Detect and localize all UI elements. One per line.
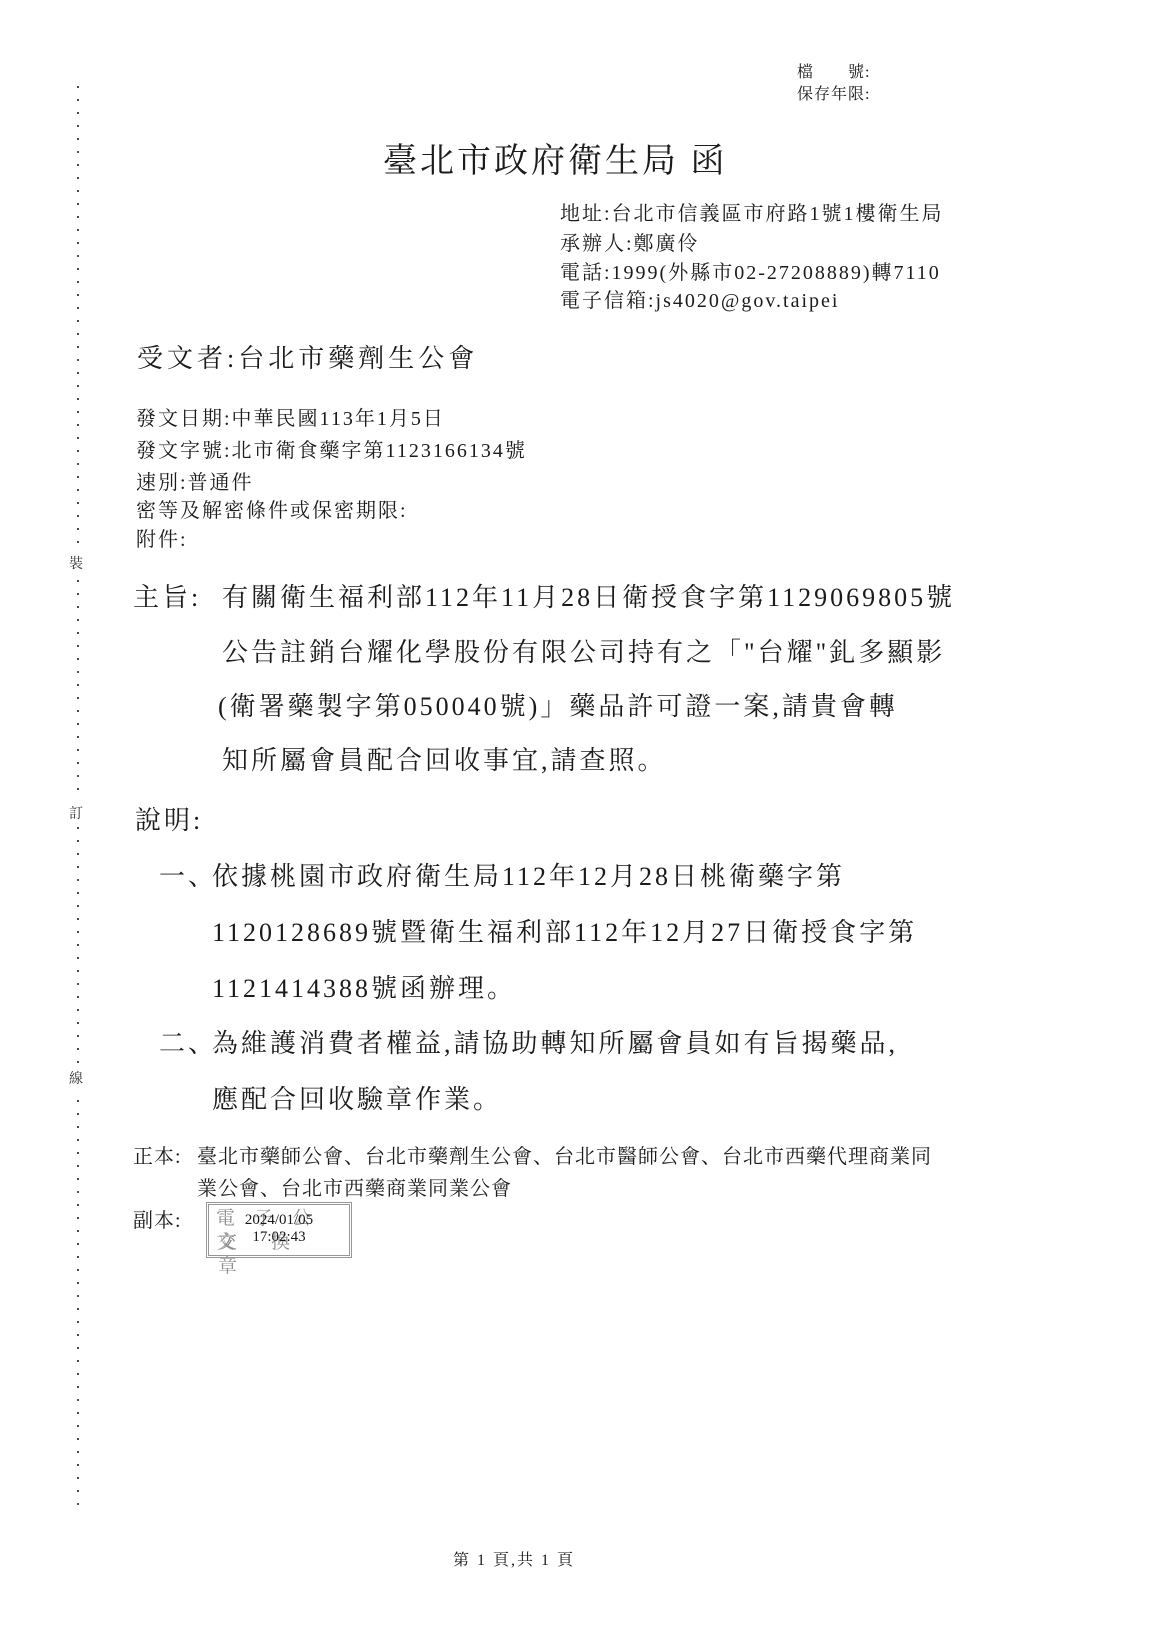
document-title: 臺北市政府衛生局 函 [383, 142, 728, 181]
stamp-time: 17:02:43 [209, 1229, 349, 1246]
item2-line-2: 應配合回收驗章作業。 [212, 1085, 502, 1115]
original-line-2: 業公會、台北市西藥商業同業公會 [197, 1178, 512, 1201]
attachment-label: 附件: [136, 529, 188, 552]
recipient-line: 受文者:台北市藥劑生公會 [137, 344, 478, 374]
subject-line-1: 有關衛生福利部112年11月28日衛授食字第1129069805號 [222, 583, 955, 613]
contact-phone: 電話:1999(外縣市02-27208889)轉7110 [560, 262, 941, 285]
item1-number: 一、 [159, 862, 217, 892]
binding-mark-xian: 線 [69, 1065, 83, 1091]
contact-address: 地址:台北市信義區市府路1號1樓衛生局 [560, 203, 944, 226]
binding-mark-zhuang: 裝 [69, 550, 83, 576]
copy-label: 副本: [133, 1210, 182, 1233]
issue-date: 發文日期:中華民國113年1月5日 [136, 408, 445, 431]
subject-line-4: 知所屬會員配合回收事宜,請查照。 [222, 746, 667, 776]
stamp-date: 2024/01/05 [209, 1212, 349, 1229]
explanation-label: 說明: [135, 806, 203, 836]
document-page: 裝 訂 線 檔 號: 保存年限: 臺北市政府衛生局 函 地址:台北市信義區市府路… [0, 0, 1158, 1649]
subject-label: 主旨: [133, 583, 201, 613]
contact-person: 承辦人:鄭廣伶 [560, 233, 700, 256]
binding-dotted-line [77, 86, 79, 1510]
binding-mark-ding: 訂 [69, 800, 83, 826]
original-label: 正本: [133, 1146, 182, 1169]
security-class: 密等及解密條件或保密期限: [136, 500, 408, 523]
item1-line-1: 依據桃園市政府衛生局112年12月28日桃衛藥字第 [212, 862, 845, 892]
contact-email: 電子信箱:js4020@gov.taipei [560, 290, 839, 313]
item2-line-1: 為維護消費者權益,請協助轉知所屬會員如有旨揭藥品, [212, 1029, 898, 1059]
electronic-exchange-stamp: 電子公文 交換章 2024/01/05 17:02:43 [206, 1202, 352, 1258]
subject-line-2: 公告註銷台耀化學股份有限公司持有之「"台耀"釓多顯影 [222, 638, 945, 668]
item2-number: 二、 [159, 1029, 217, 1059]
speed-class: 速別:普通件 [136, 472, 254, 495]
item1-line-2: 1120128689號暨衛生福利部112年12月27日衛授食字第 [212, 918, 917, 948]
page-footer: 第 1 頁,共 1 頁 [453, 1552, 575, 1570]
file-number-label: 檔 號: [797, 64, 870, 82]
issue-number: 發文字號:北市衛食藥字第1123166134號 [136, 440, 527, 463]
item1-line-3: 1121414388號函辦理。 [212, 974, 516, 1004]
subject-line-3: (衛署藥製字第050040號)」藥品許可證一案,請貴會轉 [218, 692, 898, 722]
retention-period-label: 保存年限: [797, 86, 870, 104]
original-line-1: 臺北市藥師公會、台北市藥劑生公會、台北市醫師公會、台北市西藥代理商業同 [197, 1146, 932, 1169]
